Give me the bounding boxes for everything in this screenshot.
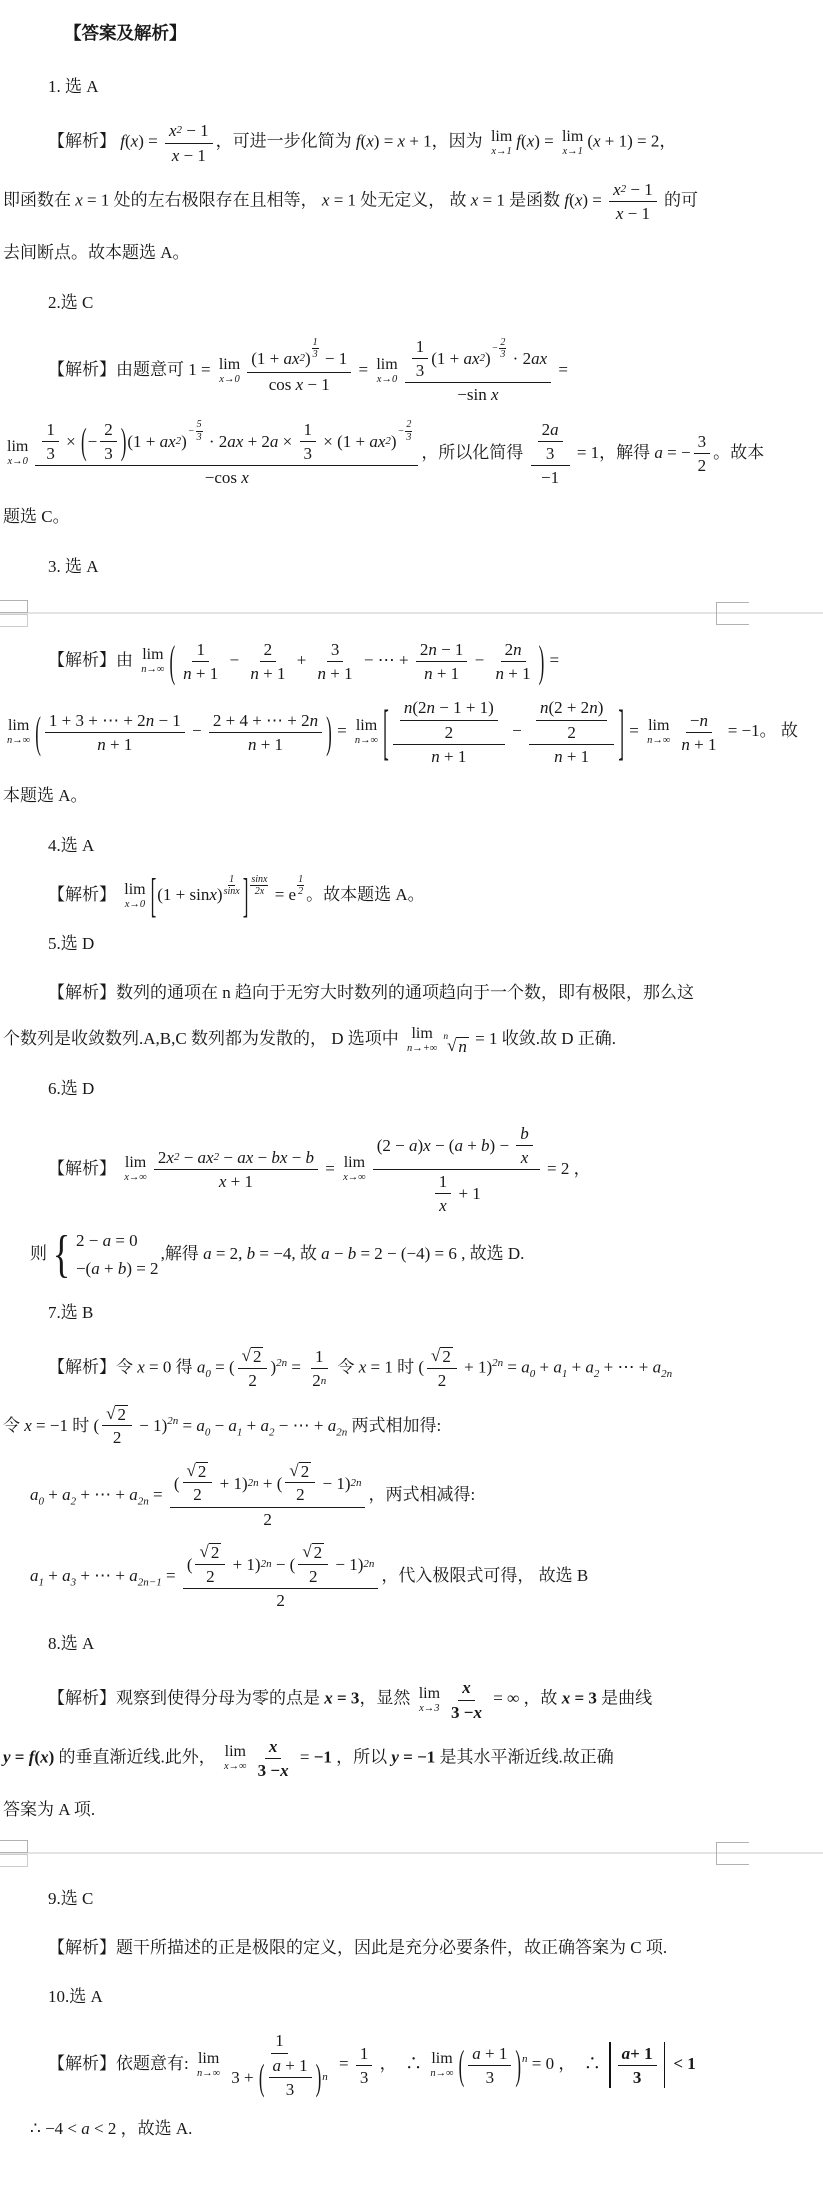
- text-run: ， ∴: [375, 2054, 426, 2073]
- denominator: 3: [313, 349, 318, 361]
- text-run: + 1: [106, 734, 133, 755]
- text-run: 1: [416, 336, 425, 357]
- text-run: = −1 时 (: [32, 1416, 99, 1435]
- text-run: = 1 是函数: [478, 190, 564, 209]
- fraction: 3n + 1: [314, 639, 357, 685]
- limit-operator: limx→∞: [124, 1155, 147, 1184]
- answer-line: 1. 选 A: [48, 71, 823, 103]
- fraction: 13: [42, 419, 59, 465]
- math-variable: n: [250, 663, 259, 684]
- exponent-stack: 23: [499, 337, 506, 361]
- math-variable: x: [398, 132, 406, 151]
- bold-text: 3 −: [258, 1760, 280, 1781]
- solution-line: 【解析】依题意有: limn→∞13 + (a + 13)n = 13 ， ∴ …: [48, 2030, 823, 2100]
- text-run: 题选 C。: [3, 507, 70, 526]
- denominator: 3 − x: [447, 1701, 486, 1723]
- denominator: 3: [406, 432, 411, 444]
- text-run: 【解析】观察到使得分母为零的点是: [48, 1689, 324, 1708]
- math-variable: ax: [463, 348, 479, 369]
- bracket: (: [259, 2059, 265, 2096]
- text-run: + ⋯ +: [599, 1358, 652, 1377]
- fraction: n(2n − 1 + 1)2n + 1: [393, 697, 505, 767]
- fraction: 12n: [308, 1346, 330, 1392]
- text-run: −: [188, 721, 206, 740]
- numerator: 3: [694, 431, 711, 454]
- text-run: 是曲线: [597, 1689, 652, 1708]
- numerator: √2: [427, 1347, 457, 1369]
- text-run: +: [463, 1135, 481, 1156]
- denominator: 3 − x: [254, 1759, 293, 1781]
- text-run: 1: [360, 2043, 369, 2064]
- solution-line: limx→013 × (−23)(1 + ax2)−53 · 2ax + 2a …: [3, 419, 823, 489]
- limit-subscript: n→∞: [7, 736, 30, 747]
- exponent-fraction: 1sinx: [224, 874, 240, 898]
- text-run: −: [219, 1147, 237, 1168]
- limit-subscript: n→∞: [647, 736, 670, 747]
- text-run: 个数列是收敛数列.A,B,C 数列都为发散的， D 选项中: [3, 1029, 403, 1048]
- text-run: ,解得: [161, 1244, 204, 1263]
- text-run: 的可: [660, 190, 698, 209]
- limit-operator: limx→0: [124, 882, 145, 911]
- denominator: −sin x: [453, 383, 502, 405]
- limit-operator: limn→∞: [430, 2051, 453, 2080]
- denominator: n + 1: [677, 733, 720, 755]
- numerator: sinx: [250, 874, 268, 887]
- numerator: (1 + ax2)13 − 1: [247, 347, 351, 373]
- limit-operator: limx→∞: [343, 1155, 366, 1184]
- math-variable: x: [439, 1195, 447, 1216]
- numerator: −n: [686, 710, 712, 733]
- fraction: √22: [238, 1347, 268, 1391]
- radicand: 2: [196, 1462, 209, 1482]
- answer-line: 9.选 C: [48, 1883, 823, 1915]
- text-run: + 1): [460, 1358, 492, 1377]
- text-run: ×: [278, 431, 296, 452]
- text-run: + (: [259, 1473, 283, 1494]
- equation-system: {2 − a = 0−(a + b) = 2: [49, 1230, 159, 1280]
- math-variable: n: [97, 734, 106, 755]
- limit-subscript: n→+∞: [407, 1044, 437, 1055]
- math-variable: n: [183, 663, 192, 684]
- math-variable: n: [428, 639, 437, 660]
- text-run: ，两式相减得:: [368, 1485, 475, 1504]
- text-run: 3: [416, 360, 425, 381]
- text-run: 【解析】数列的通项在 n 趋向于无穷大时数列的通项趋向于一个数，即有极限，那么这: [48, 983, 694, 1002]
- numerator: 3: [327, 639, 344, 662]
- text-run: + 1): [215, 1473, 247, 1494]
- denominator: 2: [272, 1589, 289, 1611]
- radicand: n: [456, 1037, 469, 1057]
- text-run: (2 + 2: [548, 697, 589, 718]
- math-variable: a: [103, 1231, 112, 1250]
- solution-line: 题选 C。: [3, 501, 823, 533]
- text-run: = 2 − (−4) = 6 , 故选 D.: [356, 1244, 524, 1263]
- bracket: ): [121, 423, 127, 460]
- limit-word: lim: [219, 357, 240, 373]
- denominator: n + 1: [246, 662, 289, 684]
- math-variable: b: [247, 1244, 256, 1263]
- math-variable: x: [296, 374, 304, 395]
- math-variable: b: [305, 1147, 314, 1168]
- numerator: 2a3: [531, 419, 570, 467]
- limit-subscript: x→0: [125, 900, 145, 911]
- text-run: 1 + 3 + ⋯ + 2: [49, 710, 146, 731]
- text-run: = 1 处的左右极限存在且相等，: [83, 190, 322, 209]
- fraction: 1x: [435, 1171, 452, 1217]
- text-run: 2: [276, 1590, 285, 1611]
- math-variable: a: [472, 2043, 481, 2064]
- text-run: + 1: [563, 746, 590, 767]
- bracket: (: [35, 710, 41, 754]
- radical: √2: [242, 1347, 264, 1367]
- text-run: + 1): [228, 1554, 260, 1575]
- math-variable: b: [520, 1123, 529, 1144]
- answer-line: 6.选 D: [48, 1073, 823, 1105]
- math-variable: a: [653, 1358, 662, 1377]
- exponent-fraction: −23: [492, 337, 507, 361]
- math-variable: n: [496, 663, 505, 684]
- text-run: − 1 + 1): [435, 697, 494, 718]
- math-variable: a: [270, 431, 279, 452]
- text-run: ，所以化简得: [421, 442, 527, 461]
- denominator: x: [517, 1146, 533, 1168]
- exponent-sign: −: [188, 426, 195, 438]
- math-variable: x: [593, 132, 601, 151]
- math-variable: a: [409, 1135, 418, 1156]
- denominator: 2: [694, 454, 711, 476]
- text-run: 2: [445, 722, 454, 743]
- text-run: =: [287, 1358, 305, 1377]
- limit-subscript: n→∞: [355, 736, 378, 747]
- answer-line: 5.选 D: [48, 928, 823, 960]
- text-run: +: [535, 1358, 553, 1377]
- text-run: +: [44, 1566, 62, 1585]
- text-run: + 1: [192, 663, 219, 684]
- numerator: 1: [228, 874, 235, 887]
- text-run: =: [321, 1159, 339, 1178]
- fraction: (√22 + 1)2n − (√22 − 1)2n2: [183, 1543, 379, 1611]
- answer-line: 4.选 A: [48, 830, 823, 862]
- brace: {: [53, 1233, 70, 1277]
- denominator: 3: [482, 2066, 499, 2088]
- text-run: 【解析】: [48, 885, 120, 904]
- math-variable: n: [589, 697, 598, 718]
- superscript: 2n: [248, 1478, 259, 1489]
- text-run: = 2,: [212, 1244, 247, 1263]
- exponent-stack: 13: [312, 337, 319, 361]
- text-run: −: [508, 721, 526, 740]
- text-run: ) = 2: [126, 1259, 158, 1278]
- denominator: x − 1: [168, 144, 210, 166]
- bracket: ): [539, 640, 545, 684]
- text-run: < 2 ，故选 A.: [90, 2119, 193, 2138]
- text-run: + 2: [243, 431, 270, 452]
- text-run: − (: [272, 1554, 296, 1575]
- bracket: ): [316, 2059, 322, 2096]
- text-run: ): [217, 885, 223, 904]
- math-variable: x: [366, 132, 374, 151]
- limit-operator: limn→∞: [7, 718, 30, 747]
- math-variable: a: [129, 1566, 138, 1585]
- denominator: 2: [202, 1565, 219, 1587]
- text-run: 3: [486, 2067, 495, 2088]
- fraction: (√22 + 1)2n + (√22 − 1)2n2: [170, 1462, 366, 1530]
- exponent-sign: −: [492, 343, 499, 355]
- math-variable: n: [431, 746, 440, 767]
- denominator: n + 1: [179, 662, 222, 684]
- limit-subscript: x→1: [491, 147, 511, 158]
- fraction: n(2 + 2n)2: [536, 697, 607, 743]
- fraction: x2 − 1x − 1: [609, 179, 657, 225]
- text-run: −: [690, 710, 700, 731]
- text-run: + 1: [226, 1171, 253, 1192]
- exponent-fraction: −53: [188, 419, 203, 443]
- math-variable: ax: [283, 348, 299, 369]
- limit-subscript: n→∞: [430, 2069, 453, 2080]
- text-run: (1 +: [431, 348, 463, 369]
- denominator: 2: [109, 1426, 126, 1448]
- numerator: x2 − 1: [609, 179, 657, 202]
- denominator: 2: [244, 1369, 261, 1391]
- equation-rows: 2 − a = 0−(a + b) = 2: [76, 1230, 159, 1280]
- math-variable: n: [424, 663, 433, 684]
- math-variable: a: [328, 1416, 337, 1435]
- text-run: 即函数在: [3, 190, 75, 209]
- bold-math-variable: y: [3, 1747, 11, 1766]
- denominator: 3: [629, 2066, 646, 2088]
- text-run: (: [174, 1473, 180, 1494]
- text-run: − 1: [626, 179, 653, 200]
- denominator: 2: [189, 1483, 206, 1505]
- bold-text: 3: [633, 2067, 642, 2088]
- superscript: n: [322, 2072, 328, 2083]
- numerator: √2: [285, 1462, 315, 1484]
- text-run: ) =: [582, 190, 606, 209]
- solution-line: 【解析】数列的通项在 n 趋向于无穷大时数列的通项趋向于一个数，即有极限，那么这: [48, 977, 823, 1009]
- numerator: x2 − 1: [165, 120, 213, 143]
- numerator: 2a: [538, 419, 563, 442]
- text-run: (1 +: [251, 348, 283, 369]
- limit-subscript: x→1: [562, 147, 582, 158]
- fraction: √22: [298, 1543, 328, 1587]
- text-run: ): [305, 348, 311, 369]
- text-run: = 2 ，: [543, 1159, 591, 1178]
- text-run: 2: [263, 1509, 272, 1530]
- fraction: 2n − 1n + 1: [416, 639, 468, 685]
- text-run: + 1: [326, 663, 353, 684]
- denominator: 3: [42, 442, 59, 464]
- bracket: ]: [618, 702, 624, 763]
- text-run: =: [162, 1566, 180, 1585]
- text-run: 3: [104, 443, 113, 464]
- limit-subscript: x→3: [419, 1704, 439, 1715]
- text-run: 2: [567, 722, 576, 743]
- page-title: 【答案及解析】: [64, 20, 823, 45]
- math-variable: n: [248, 734, 257, 755]
- text-run: (1 +: [127, 431, 159, 452]
- solution-line: a1 + a3 + ⋯ + a2n−1 = (√22 + 1)2n − (√22…: [30, 1543, 823, 1611]
- superscript: 2n: [350, 1478, 361, 1489]
- denominator: n + 1: [420, 662, 463, 684]
- numerator: √2: [195, 1543, 225, 1565]
- denominator: 2x: [255, 886, 264, 898]
- text-run: = (: [211, 1358, 235, 1377]
- solution-line: y = f(x) 的垂直渐近线.此外， limx→∞x3 − x = −1 ，所…: [3, 1736, 823, 1782]
- subscript: 2n: [138, 1495, 149, 1507]
- math-variable: a: [81, 2119, 90, 2138]
- radical-sign: √: [302, 1543, 311, 1560]
- text-run: −sin: [457, 384, 491, 405]
- denominator: x: [435, 1194, 451, 1216]
- text-run: ) =: [138, 132, 162, 151]
- denominator: n + 1: [492, 662, 535, 684]
- text-run: + 1: [256, 734, 283, 755]
- radical-sign: √: [242, 1347, 251, 1364]
- fraction: a + 13: [618, 2043, 657, 2089]
- math-variable: x: [166, 1147, 174, 1168]
- fraction: a + 13: [468, 2043, 511, 2089]
- math-variable: a: [273, 2055, 282, 2076]
- text-run: 2: [296, 1484, 305, 1505]
- numerator: 2x2 − ax2 − ax − bx − b: [154, 1147, 318, 1170]
- text-run: 1: [196, 639, 205, 660]
- text-run: = −1。 故: [723, 721, 797, 740]
- limit-word: lim: [491, 129, 512, 145]
- numerator: n(2n − 1 + 1)2: [393, 697, 505, 745]
- fraction: 2a3: [538, 419, 563, 465]
- page-corner-mark: [0, 1854, 28, 1867]
- math-variable: ax: [160, 431, 176, 452]
- bold-math-variable: x: [280, 1760, 289, 1781]
- numerator: n(2 + 2n)2: [529, 697, 614, 745]
- numerator: a + 1: [618, 2043, 657, 2066]
- page-break-line: [0, 1852, 823, 1854]
- text-run: −: [225, 651, 243, 670]
- text-run: 2: [193, 1484, 202, 1505]
- text-run: 2: [312, 1370, 321, 1391]
- fraction: 2nn + 1: [492, 639, 535, 685]
- math-variable: x: [137, 1358, 145, 1377]
- limit-word: lim: [411, 1026, 432, 1042]
- text-run: −: [179, 1147, 197, 1168]
- numerator: b: [516, 1123, 533, 1146]
- math-variable: a: [550, 419, 559, 440]
- math-variable: n: [554, 746, 563, 767]
- text-run: ×: [62, 431, 80, 452]
- abs-bar: [664, 2042, 666, 2088]
- text-run: ): [181, 431, 187, 452]
- denominator: 3: [356, 2066, 373, 2088]
- page-corner-mark: [0, 614, 28, 627]
- math-variable: b: [348, 1244, 357, 1263]
- bold-text: = −1: [399, 1747, 435, 1766]
- radical-sign: √: [106, 1405, 115, 1422]
- text-run: + ⋯ +: [76, 1485, 129, 1504]
- math-variable: x: [613, 179, 621, 200]
- math-variable: ax: [198, 1147, 214, 1168]
- limit-subscript: x→0: [219, 375, 239, 386]
- math-variable: x: [172, 145, 180, 166]
- math-variable: x: [616, 203, 624, 224]
- math-variable: a: [321, 1244, 330, 1263]
- denominator: 3: [542, 442, 559, 464]
- math-variable: a: [91, 1259, 100, 1278]
- denominator: 3: [100, 442, 117, 464]
- numerator: n(2 + 2n): [536, 697, 607, 720]
- solution-line: 【解析】令 x = 0 得 a0 = (√22)2n = 12n 令 x = 1…: [48, 1346, 823, 1392]
- text-run: (1 + sin: [157, 885, 209, 904]
- text-run: 。故本题选 A。: [306, 885, 425, 904]
- bracket: (: [459, 2045, 465, 2086]
- radicand: 2: [299, 1462, 312, 1482]
- numerator: 1: [356, 2043, 373, 2066]
- limit-word: lim: [142, 647, 163, 663]
- text-run: +: [44, 1485, 62, 1504]
- denominator: n + 1: [314, 662, 357, 684]
- bold-text: = 3: [333, 1689, 360, 1708]
- page-corner-mark: [716, 602, 749, 625]
- fraction: 13 + (a + 13)n: [227, 2030, 332, 2100]
- math-variable: bx: [271, 1147, 287, 1168]
- text-run: 2: [104, 419, 113, 440]
- bracket: (: [170, 640, 176, 684]
- text-run: 令: [3, 1416, 24, 1435]
- equation-row: −(a + b) = 2: [76, 1258, 159, 1280]
- solution-line: ∴ −4 < a < 2 ，故选 A.: [30, 2113, 823, 2145]
- radical: √2: [106, 1405, 128, 1425]
- bold-math-variable: x: [462, 1677, 471, 1698]
- text-run: 【解析】由题意可 1 =: [48, 360, 215, 379]
- math-variable: n: [427, 697, 436, 718]
- fraction: 32: [694, 431, 711, 477]
- limit-operator: limn→+∞: [407, 1026, 437, 1055]
- text-run: + 1: [690, 734, 717, 755]
- text-run: = 1 时 (: [366, 1358, 424, 1377]
- text-run: ，显然: [359, 1689, 414, 1708]
- numerator: 1: [271, 2030, 288, 2053]
- subscript: 2n: [661, 1368, 672, 1380]
- text-run: =: [554, 360, 568, 379]
- limit-word: lim: [225, 1744, 246, 1760]
- limit-operator: limn→∞: [197, 2051, 220, 2080]
- text-run: −: [210, 1416, 228, 1435]
- text-run: cos: [269, 374, 296, 395]
- solution-line: 本题选 A。: [3, 780, 823, 812]
- exponent-fraction: −23: [398, 419, 413, 443]
- text-run: ) =: [374, 132, 398, 151]
- text-run: − ⋯ +: [360, 651, 413, 670]
- text-run: 【解析】: [48, 132, 120, 151]
- bold-math-variable: y: [391, 1747, 399, 1766]
- bold-text: = 3: [570, 1689, 597, 1708]
- text-run: =: [335, 2054, 353, 2073]
- numerator: x: [458, 1677, 475, 1700]
- text-run: − 1: [154, 710, 181, 731]
- text-run: 则: [30, 1244, 47, 1263]
- numerator: x: [265, 1736, 282, 1759]
- text-run: − ⋯ +: [275, 1416, 328, 1435]
- limit-operator: limx→0: [7, 439, 28, 468]
- text-run: 2: [505, 639, 514, 660]
- bracket: [: [383, 702, 389, 763]
- exponent-stack: sinx2x: [250, 874, 268, 898]
- limit-subscript: x→0: [377, 375, 397, 386]
- solution-line: 去间断点。故本题选 A。: [3, 237, 823, 269]
- page-break-marker: [0, 600, 823, 626]
- math-variable: a: [30, 1566, 39, 1585]
- text-run: =: [354, 360, 372, 379]
- exponent-stack: 12: [297, 874, 304, 898]
